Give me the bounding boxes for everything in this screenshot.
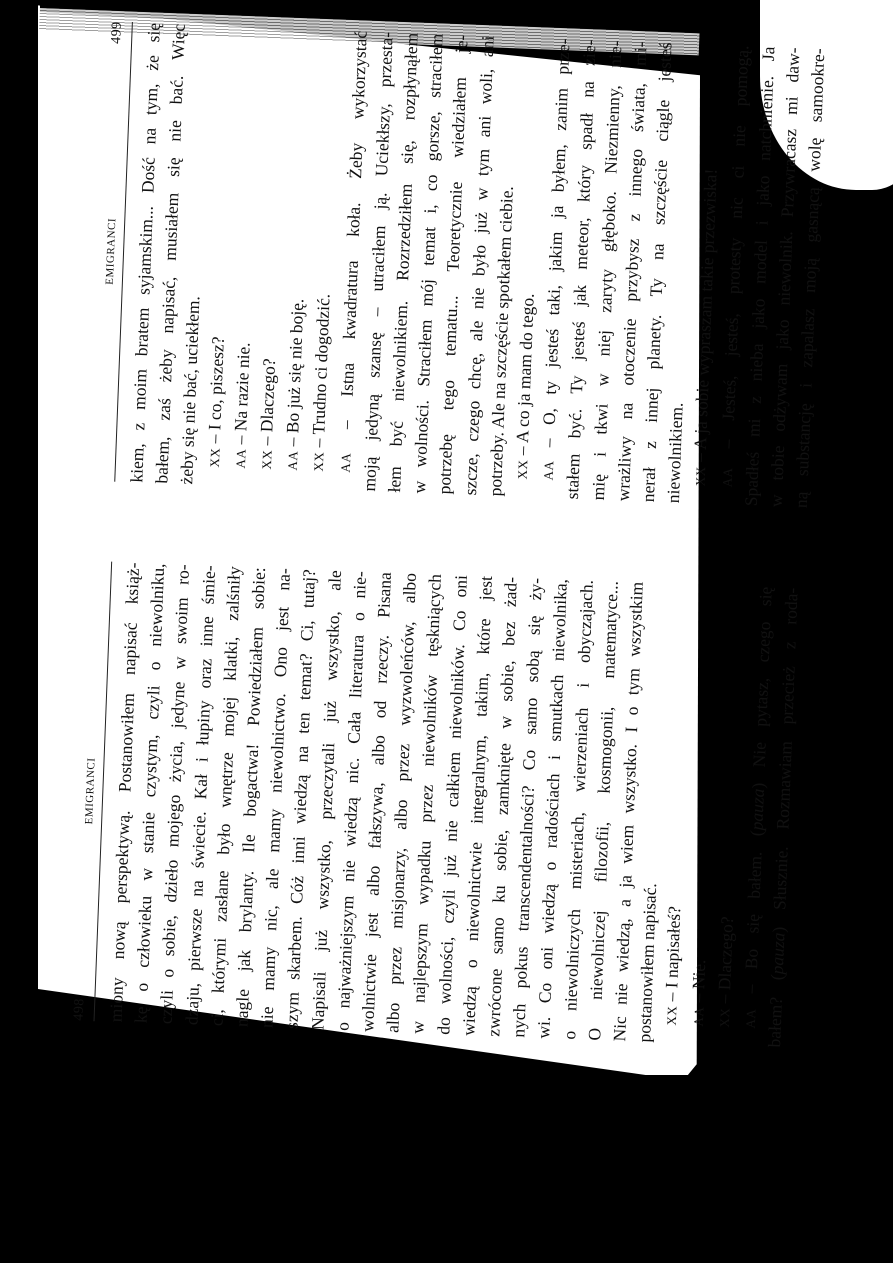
- page-number: 499: [109, 21, 126, 44]
- right-page: EMIGRANCI 499 kiem, z moim bratem syjams…: [81, 1, 740, 545]
- dialogue-text: Bo już się nie boję.: [282, 298, 307, 433]
- running-title: EMIGRANCI: [76, 561, 106, 1021]
- stage-direction: pauza: [767, 932, 789, 975]
- speaker-label: AA: [743, 1008, 759, 1028]
- page-body-left: miony nową perspektywą. Postanowiłem nap…: [104, 562, 806, 1048]
- dialogue-text: Nie pytasz, czego się: [749, 586, 776, 767]
- speaker-label: XX: [311, 451, 327, 471]
- dialogue-text: Na razie nie.: [230, 342, 253, 432]
- dialogue-text: A co ja mam do tego.: [512, 293, 538, 443]
- text-fragment: bałem?: [764, 980, 787, 1048]
- dialogue-text: Bo się bałem.: [741, 851, 766, 969]
- dialogue-text: Dlaczego?: [714, 916, 737, 991]
- dialogue-text: Nie.: [688, 959, 709, 989]
- left-page: 498 EMIGRANCI miony nową perspektywą. Po…: [60, 540, 719, 1084]
- speaker-label: XX: [717, 1007, 733, 1027]
- speaker-label: XX: [664, 1005, 680, 1025]
- speaker-label: XX: [206, 447, 222, 467]
- speaker-label: AA: [337, 452, 353, 472]
- page-body-right: kiem, z moim bratem syjamskim... Dość na…: [124, 22, 832, 508]
- dialogue-text: Trudno ci dogodzić.: [309, 293, 334, 434]
- scanner-dark-margin-left: [0, 0, 40, 1263]
- dialogue-text: I napisałeś?: [662, 906, 685, 989]
- dialogue-text: I co, piszesz?: [204, 336, 228, 430]
- speaker-label: AA: [690, 1006, 706, 1026]
- speaker-label: XX: [515, 459, 531, 479]
- running-title: EMIGRANCI: [96, 21, 126, 481]
- speaker-label: AA: [233, 448, 249, 468]
- speaker-label: AA: [541, 460, 557, 480]
- dialogue-text: Dlaczego?: [256, 358, 279, 433]
- speaker-label: AA: [285, 450, 301, 470]
- stage-direction: pauza: [746, 788, 768, 831]
- speaker-label: XX: [259, 449, 275, 469]
- speaker-label: AA: [719, 467, 735, 487]
- book-spread: 498 EMIGRANCI miony nową perspektywą. Po…: [60, 1, 740, 1085]
- speaker-label: XX: [693, 466, 709, 486]
